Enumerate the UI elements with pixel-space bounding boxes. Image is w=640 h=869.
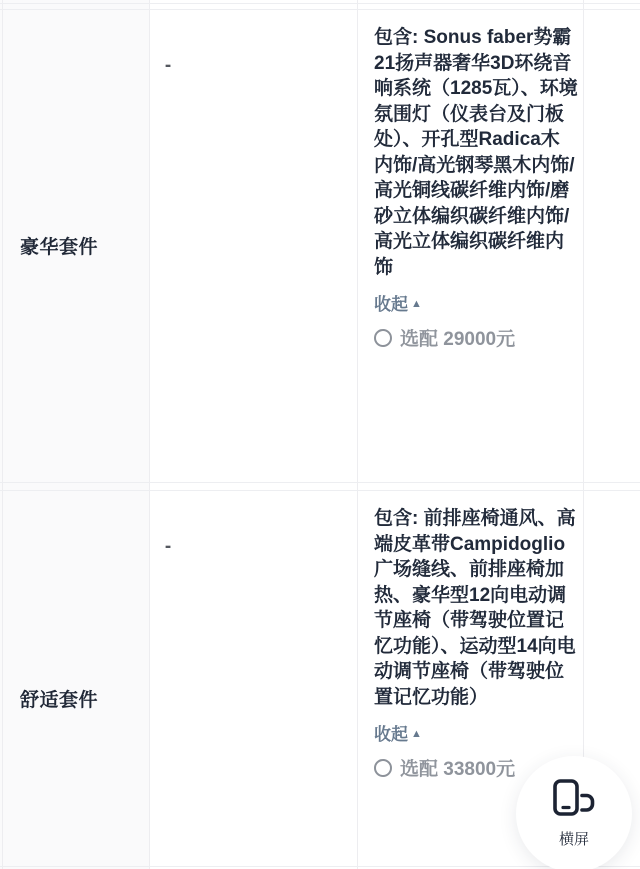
row-label-luxury-package: 豪华套件 (20, 232, 98, 259)
row-label-comfort-package: 舒适套件 (20, 685, 98, 712)
option-price-label: 选配 33800元 (400, 754, 515, 781)
collapse-link-row2[interactable]: 收起 ▲ (374, 720, 578, 745)
description-cell-row2: 包含: 前排座椅通风、高端皮革带Campidoglio广场缝线、前排座椅加热、豪… (374, 506, 578, 781)
option-price-row1[interactable]: 选配 29000元 (374, 324, 578, 351)
column-divider-2 (357, 0, 358, 869)
rotate-phone-icon (552, 779, 596, 824)
radio-circle-icon (374, 329, 392, 347)
rotate-screen-label: 横屏 (559, 828, 589, 849)
collapse-label: 收起 (374, 720, 408, 745)
value-dash-row1: - (158, 55, 178, 77)
collapse-label: 收起 (374, 290, 408, 315)
row-divider-middle-b (0, 490, 640, 491)
value-dash-row2: - (158, 536, 178, 558)
collapse-link-row1[interactable]: 收起 ▲ (374, 290, 578, 315)
chevron-up-icon: ▲ (411, 728, 422, 740)
row-divider-top-a (0, 3, 640, 4)
label-column-background (0, 0, 149, 869)
row-divider-middle-a (0, 482, 640, 483)
row-divider-bottom (0, 866, 640, 867)
row-divider-top-b (0, 9, 640, 10)
config-table-screen: 豪华套件 - 包含: Sonus faber势霸21扬声器奢华3D环绕音响系统（… (0, 0, 640, 869)
chevron-up-icon: ▲ (411, 298, 422, 310)
package-description: 包含: Sonus faber势霸21扬声器奢华3D环绕音响系统（1285瓦）、… (374, 25, 578, 280)
description-cell-row1: 包含: Sonus faber势霸21扬声器奢华3D环绕音响系统（1285瓦）、… (374, 25, 578, 351)
table-left-border (2, 0, 3, 869)
option-price-label: 选配 29000元 (400, 324, 515, 351)
column-divider-1 (149, 0, 150, 869)
column-divider-3 (583, 0, 584, 869)
rotate-screen-button[interactable]: 横屏 (516, 756, 632, 869)
radio-circle-icon (374, 759, 392, 777)
package-description: 包含: 前排座椅通风、高端皮革带Campidoglio广场缝线、前排座椅加热、豪… (374, 506, 578, 710)
